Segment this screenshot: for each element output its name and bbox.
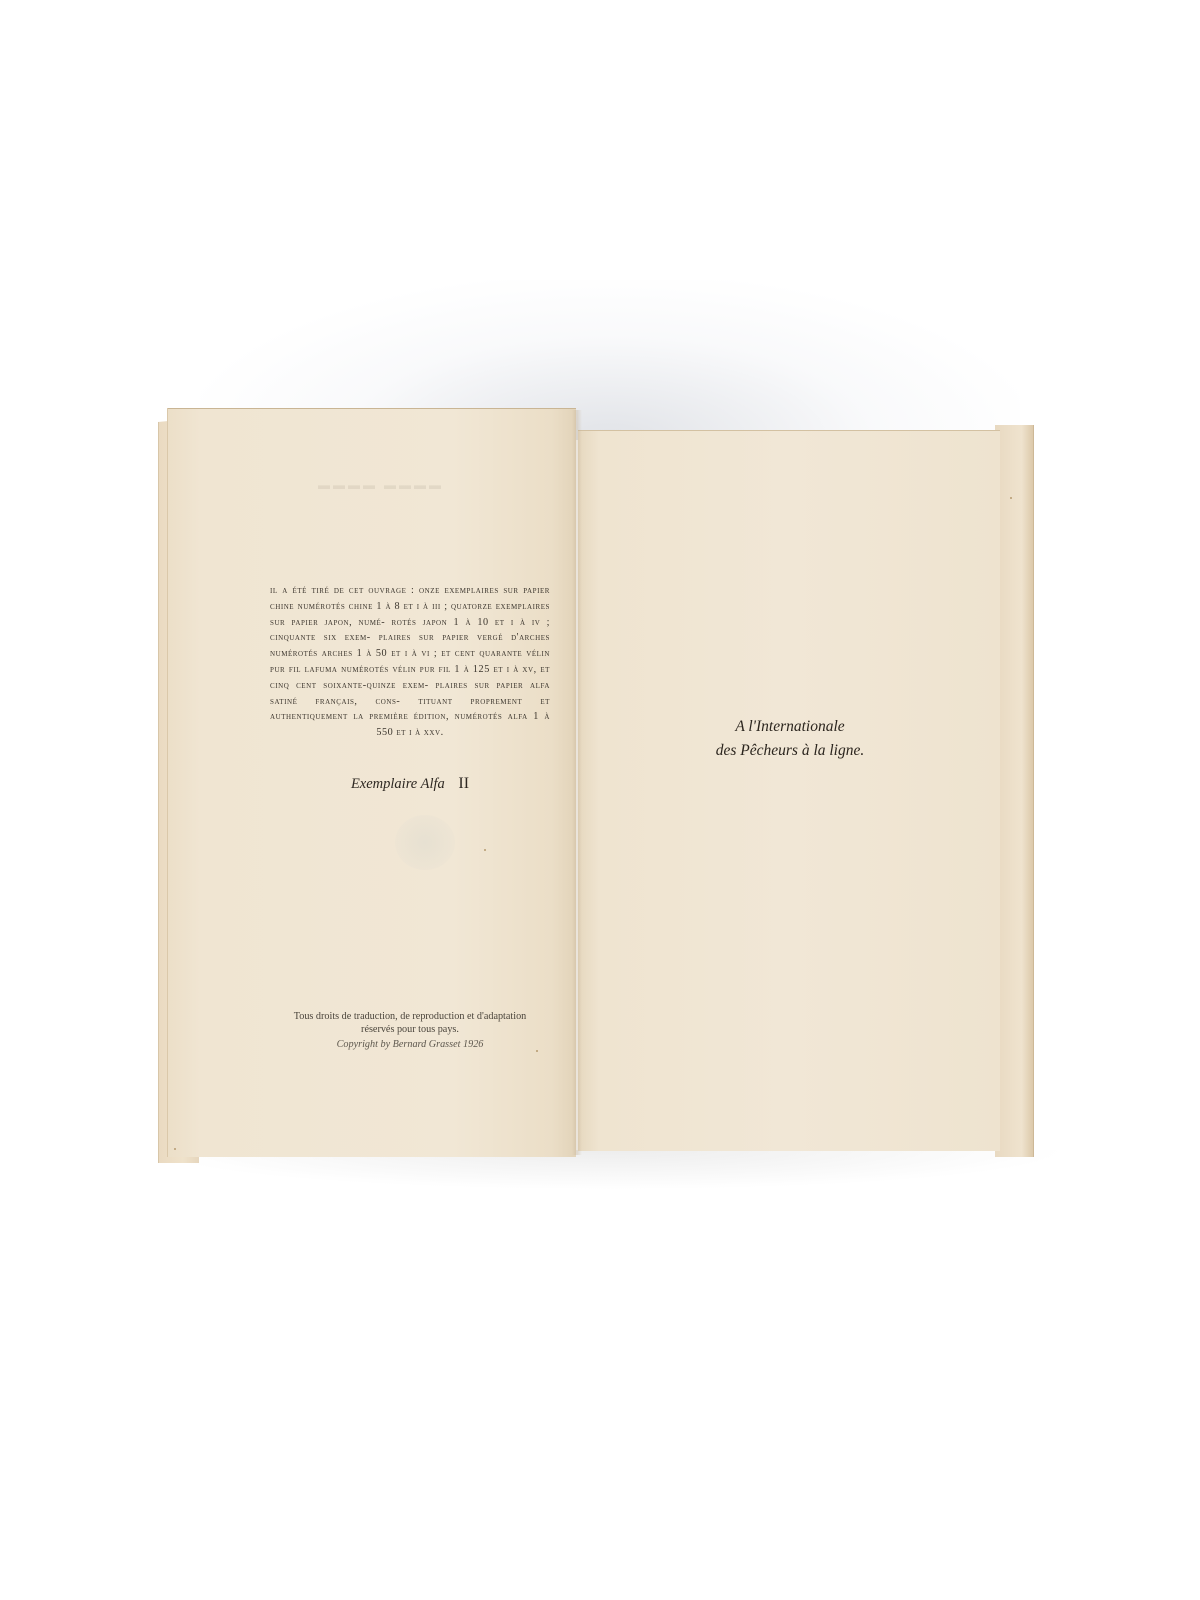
paper-foxing-spot: [1010, 497, 1012, 499]
limitation-line: IL A ÉTÉ TIRÉ DE CET OUVRAGE : ONZE EXEM…: [270, 585, 503, 596]
limitation-line: PREMIÈRE ÉDITION, NUMÉROTÉS ALFA 1 à 550…: [369, 711, 550, 738]
show-through-title: ▬▬▬▬ ▬▬▬▬: [318, 478, 458, 490]
limitation-line: ARCHES 1 à 50 ET I à VI ; ET CENT QUARAN…: [322, 648, 550, 659]
book-gutter: [572, 410, 582, 1155]
copy-number-label: Exemplaire Alfa: [351, 776, 445, 792]
book-cover-right-edge: [995, 425, 1034, 1157]
show-through-emblem: [395, 815, 455, 870]
dedication-line-2: des Pêcheurs à la ligne.: [716, 742, 865, 759]
rights-line-1: Tous droits de traduction, de reproducti…: [294, 1011, 527, 1022]
rights-line-2: réservés pour tous pays.: [361, 1024, 459, 1035]
copy-number: Exemplaire Alfa II: [270, 775, 550, 793]
rights-notice: Tous droits de traduction, de reproducti…: [250, 1010, 570, 1051]
limitation-line: I à XXV.: [409, 727, 444, 738]
dedication: A l'Internationale des Pêcheurs à la lig…: [640, 715, 940, 763]
photo-scene: ▬▬▬▬ ▬▬▬▬ IL A ÉTÉ TIRÉ DE CET OUVRAGE :…: [0, 0, 1200, 1600]
limitation-line: PUR FIL LAFUMA NUMÉROTÉS VÉLIN PUR FIL 1…: [270, 664, 493, 675]
copy-number-value: II: [458, 775, 469, 792]
right-page: [578, 430, 1000, 1151]
paper-foxing-spot: [536, 1050, 538, 1052]
paper-foxing-spot: [484, 849, 486, 851]
limitation-statement: IL A ÉTÉ TIRÉ DE CET OUVRAGE : ONZE EXEM…: [270, 583, 550, 741]
paper-foxing-spot: [174, 1148, 176, 1150]
dedication-line-1: A l'Internationale: [735, 718, 844, 735]
copyright-line: Copyright by Bernard Grasset 1926: [250, 1038, 570, 1051]
